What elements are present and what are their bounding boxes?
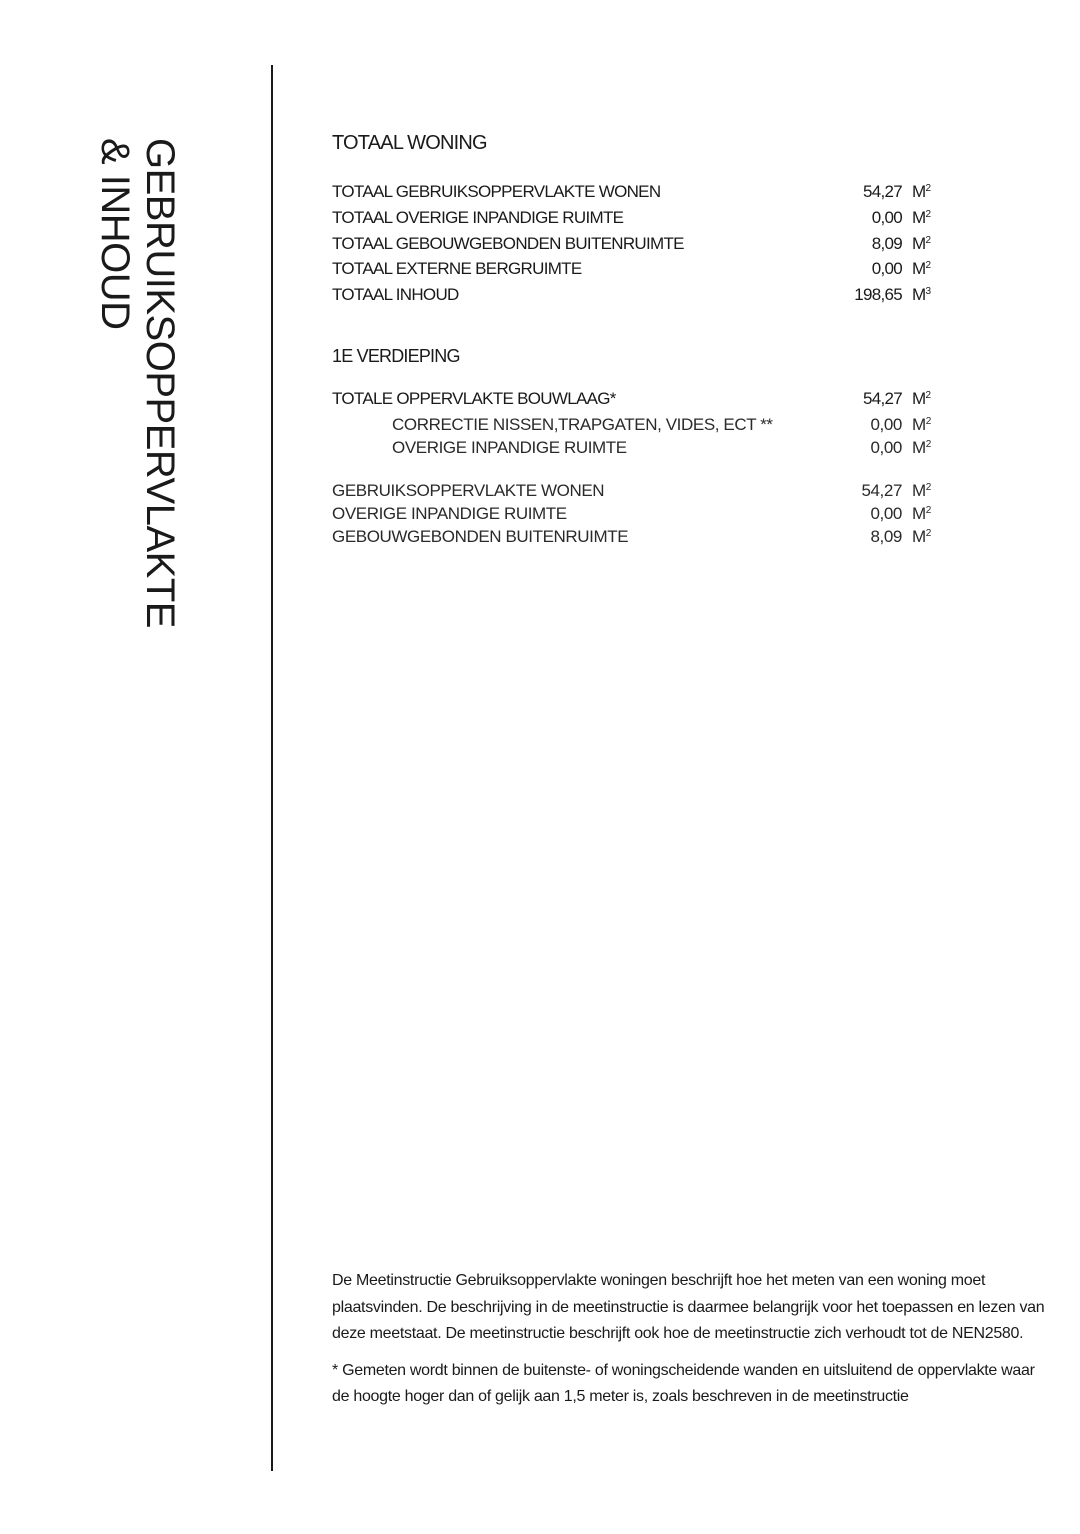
- row-unit: M2: [912, 527, 942, 547]
- row-unit: M2: [912, 389, 942, 409]
- table-row: GEBOUWGEBONDEN BUITENRUIMTE 8,09 M2: [332, 527, 942, 550]
- row-label: TOTAAL OVERIGE INPANDIGE RUIMTE: [332, 208, 792, 228]
- footnotes: De Meetinstructie Gebruiksoppervlakte wo…: [332, 1268, 1052, 1421]
- table-row-bouwlaag: TOTALE OPPERVLAKTE BOUWLAAG* 54,27 M2: [332, 389, 942, 415]
- row-label: TOTALE OPPERVLAKTE BOUWLAAG*: [332, 389, 792, 409]
- table-row: OVERIGE INPANDIGE RUIMTE 0,00 M2: [332, 438, 942, 461]
- row-unit: M2: [912, 234, 942, 254]
- row-unit: M2: [912, 481, 942, 501]
- row-unit: M2: [912, 415, 942, 435]
- table-row: GEBRUIKSOPPERVLAKTE WONEN 54,27 M2: [332, 481, 942, 504]
- row-label: TOTAAL GEBOUWGEBONDEN BUITENRUIMTE: [332, 234, 792, 254]
- row-value: 54,27: [792, 389, 902, 409]
- row-value: 54,27: [792, 481, 902, 501]
- side-title: GEBRUIKSOPPERVLAKTE & INHOUD: [92, 138, 182, 678]
- row-value: 8,09: [792, 234, 902, 254]
- table-row: OVERIGE INPANDIGE RUIMTE 0,00 M2: [332, 504, 942, 527]
- row-label: OVERIGE INPANDIGE RUIMTE: [332, 438, 792, 458]
- row-label: GEBOUWGEBONDEN BUITENRUIMTE: [332, 527, 792, 547]
- row-value: 0,00: [792, 415, 902, 435]
- note-meetinstructie: De Meetinstructie Gebruiksoppervlakte wo…: [332, 1268, 1052, 1348]
- vertical-divider: [271, 65, 273, 1471]
- side-title-line1: GEBRUIKSOPPERVLAKTE: [137, 138, 182, 678]
- row-label: GEBRUIKSOPPERVLAKTE WONEN: [332, 481, 792, 501]
- measurement-table: TOTAAL WONING TOTAAL GEBRUIKSOPPERVLAKTE…: [332, 130, 942, 550]
- row-value: 8,09: [792, 527, 902, 547]
- row-value: 0,00: [792, 438, 902, 458]
- table-row: TOTAAL EXTERNE BERGRUIMTE 0,00 M2: [332, 259, 942, 285]
- row-unit: M2: [912, 208, 942, 228]
- table-row: TOTAAL GEBOUWGEBONDEN BUITENRUIMTE 8,09 …: [332, 234, 942, 260]
- note-asterisk: * Gemeten wordt binnen de buitenste- of …: [332, 1358, 1052, 1411]
- totaal-woning-rows: TOTAAL GEBRUIKSOPPERVLAKTE WONEN 54,27 M…: [332, 182, 942, 311]
- table-row: CORRECTIE NISSEN,TRAPGATEN, VIDES, ECT *…: [332, 415, 942, 438]
- row-label: TOTAAL GEBRUIKSOPPERVLAKTE WONEN: [332, 182, 792, 202]
- row-unit: M2: [912, 438, 942, 458]
- table-row: TOTAAL GEBRUIKSOPPERVLAKTE WONEN 54,27 M…: [332, 182, 942, 208]
- section-title-verdieping: 1E VERDIEPING: [332, 343, 942, 369]
- side-title-line2: & INHOUD: [92, 138, 137, 678]
- table-row: TOTAAL INHOUD 198,65 M3: [332, 285, 942, 311]
- section-title-totaal-woning: TOTAAL WONING: [332, 130, 942, 156]
- row-value: 0,00: [792, 504, 902, 524]
- row-unit: M3: [912, 285, 942, 305]
- row-value: 0,00: [792, 259, 902, 279]
- row-unit: M2: [912, 182, 942, 202]
- row-label: TOTAAL INHOUD: [332, 285, 792, 305]
- row-value: 0,00: [792, 208, 902, 228]
- row-label: CORRECTIE NISSEN,TRAPGATEN, VIDES, ECT *…: [332, 415, 792, 435]
- row-value: 198,65: [792, 285, 902, 305]
- row-label: OVERIGE INPANDIGE RUIMTE: [332, 504, 792, 524]
- row-unit: M2: [912, 504, 942, 524]
- table-row: TOTAAL OVERIGE INPANDIGE RUIMTE 0,00 M2: [332, 208, 942, 234]
- row-value: 54,27: [792, 182, 902, 202]
- row-label: TOTAAL EXTERNE BERGRUIMTE: [332, 259, 792, 279]
- row-unit: M2: [912, 259, 942, 279]
